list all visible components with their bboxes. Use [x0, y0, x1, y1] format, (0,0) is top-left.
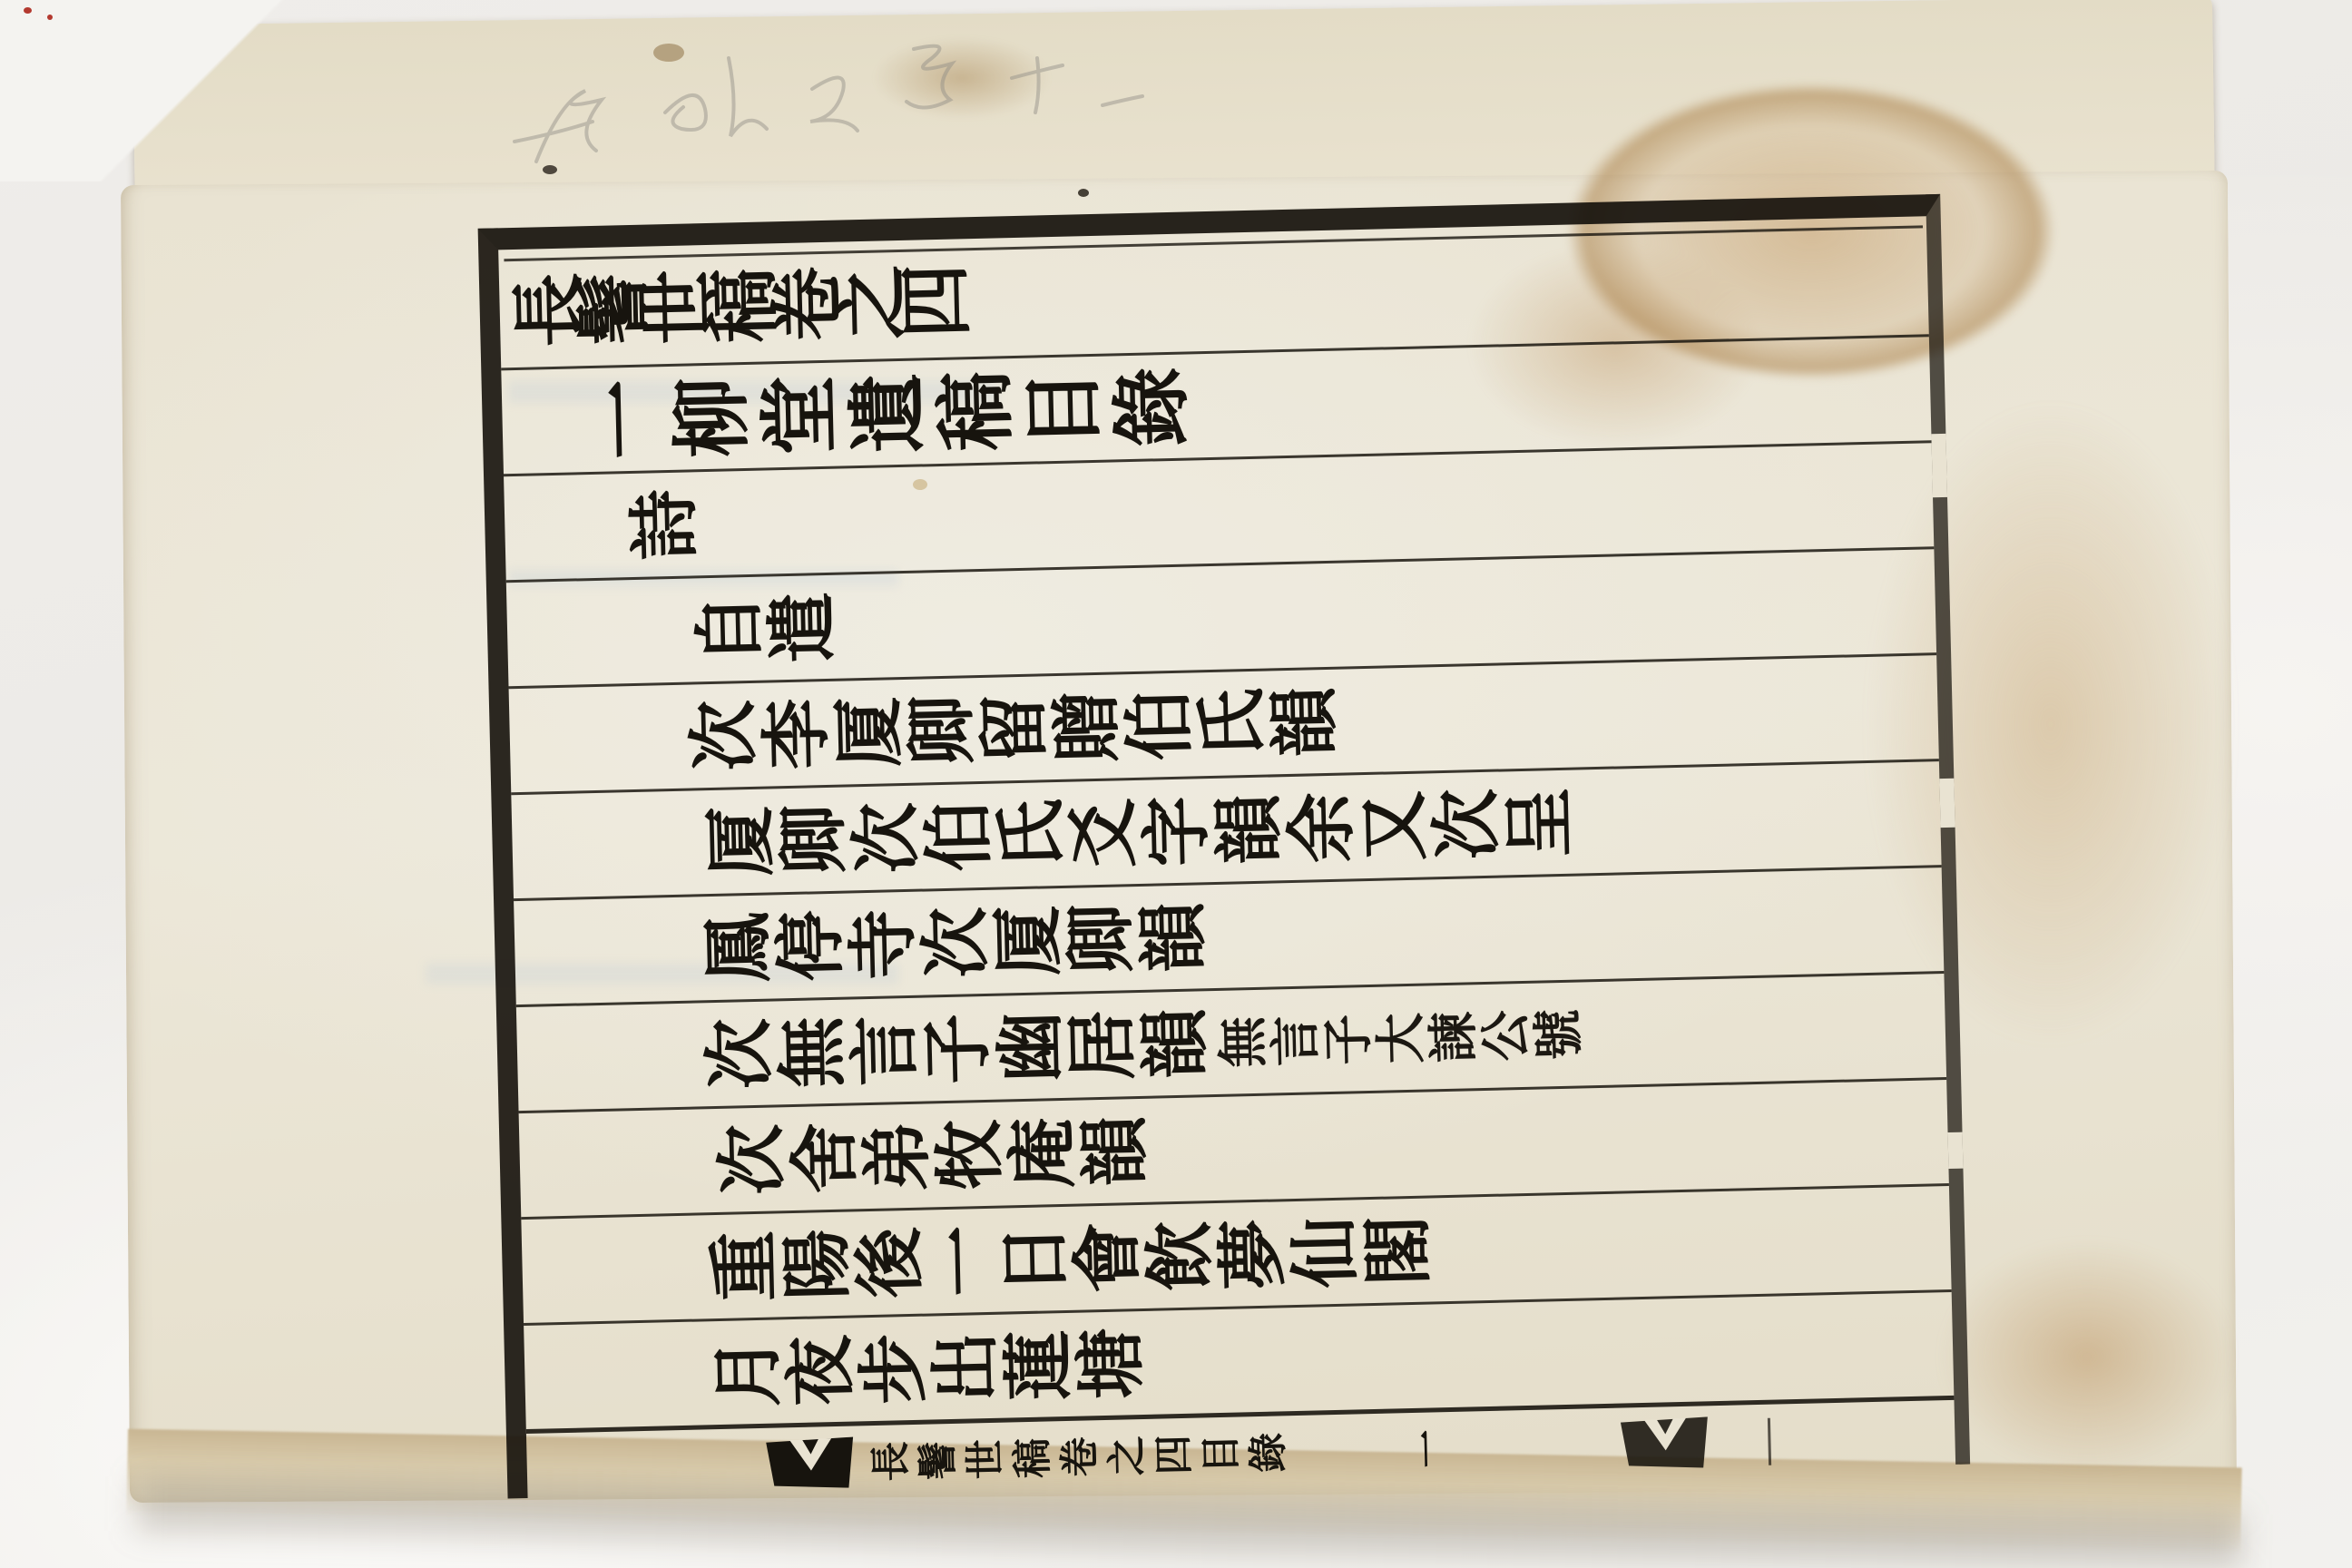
- fishtail-mark: [764, 1436, 856, 1489]
- cjk-char: 長: [865, 1437, 918, 1485]
- cjk-char: 目: [1016, 364, 1112, 454]
- cjk-char: 稿: [1006, 1434, 1060, 1482]
- cjk-char: 遣: [757, 590, 849, 664]
- border-gap: [1939, 779, 1955, 828]
- cjk-char: 一: [1403, 1428, 1455, 1469]
- border-gap: [1931, 434, 1947, 497]
- cjk-char: 一: [576, 374, 672, 464]
- table-surface-corner: [0, 0, 327, 181]
- fishtail-mark: [1619, 1416, 1710, 1469]
- cjk-char: 呈: [1494, 785, 1586, 859]
- cjk-char: 韻: [1128, 900, 1220, 975]
- cjk-char: 韻: [1070, 1113, 1162, 1188]
- fold-title: 長鬐世稿卷之四目錄: [867, 1426, 1293, 1488]
- cjk-char: 柳: [664, 372, 760, 462]
- cjk-char: 錄: [1242, 1428, 1296, 1476]
- cjk-char: 塘: [1065, 1327, 1158, 1401]
- cjk-char: 世: [959, 1435, 1013, 1483]
- cjk-char: 錄: [1104, 362, 1200, 452]
- cjk-char: 四: [891, 272, 984, 338]
- cjk-char: 閣: [1352, 1213, 1445, 1288]
- cjk-char: 稿: [928, 366, 1024, 456]
- cjk-char: 之: [1101, 1432, 1154, 1480]
- pencil-scribble: [504, 25, 1193, 216]
- cjk-char: 目: [1195, 1429, 1249, 1477]
- annotation-note: 無言子大諫公號: [1217, 997, 1587, 1079]
- red-speck: [24, 7, 32, 14]
- fold-page-number: 一: [1408, 1423, 1449, 1475]
- cjk-char: 詩: [619, 487, 711, 562]
- border-gap: [1948, 1132, 1964, 1169]
- cjk-char: 遺: [840, 368, 936, 458]
- cjk-char: 韻: [1259, 684, 1352, 759]
- cjk-char: 四: [1148, 1431, 1201, 1479]
- cjk-char: 鬐: [912, 1436, 965, 1485]
- cjk-char: 卷: [1053, 1433, 1107, 1481]
- cjk-char: 堂: [752, 370, 848, 460]
- toc-rows: 長鬐世稿卷之四一柳堂遺稿目錄詩自遣次李厦卿留贈伯氏韻厦卿次伯氏爻字韻余又次呈鳳停…: [499, 230, 1955, 1434]
- red-speck: [47, 15, 53, 20]
- fold-divider-line: [1768, 1418, 1771, 1465]
- printed-page-frame: 長鬐世稿卷之四一柳堂遺稿目錄詩自遣次李厦卿留贈伯氏韻厦卿次伯氏爻字韻余又次呈鳳停…: [478, 194, 1971, 1499]
- photo-of-woodblock-book: 長鬐世稿卷之四一柳堂遺稿目錄詩自遣次李厦卿留贈伯氏韻厦卿次伯氏爻字韻余又次呈鳳停…: [0, 0, 2352, 1568]
- cjk-char: 號: [1523, 1007, 1596, 1062]
